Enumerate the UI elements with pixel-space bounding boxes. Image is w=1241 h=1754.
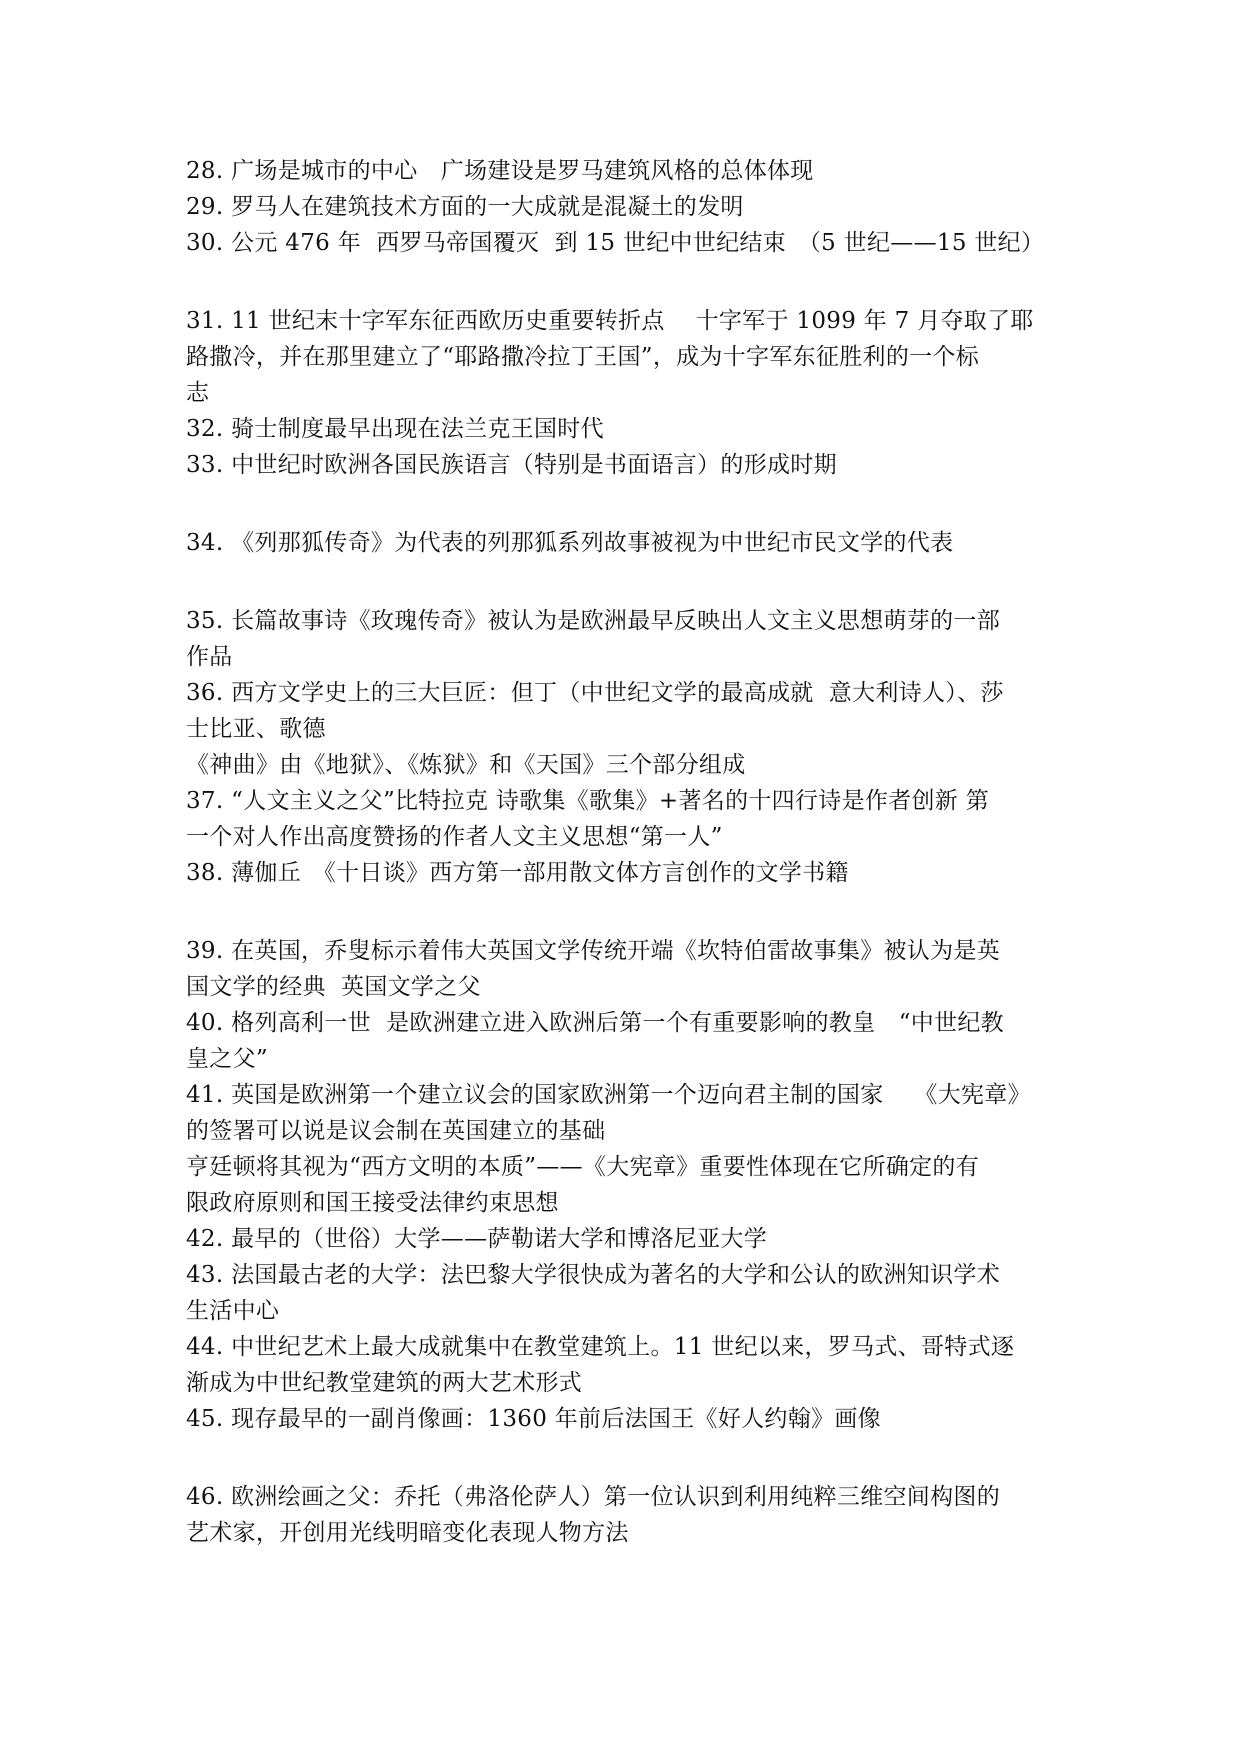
text-line: 46. 欧洲绘画之父：乔托（弗洛伦萨人）第一位认识到利用纯粹三维空间构图的 xyxy=(186,1482,1000,1512)
text-line: 艺术家，开创用光线明暗变化表现人物方法 xyxy=(186,1518,629,1548)
text-line: 32. 骑士制度最早出现在法兰克王国时代 xyxy=(186,414,604,444)
text-line: 43. 法国最古老的大学：法巴黎大学很快成为著名的大学和公认的欧洲知识学术 xyxy=(186,1260,1000,1290)
text-line: 33. 中世纪时欧洲各国民族语言（特别是书面语言）的形成时期 xyxy=(186,450,837,480)
text-line: 渐成为中世纪教堂建筑的两大艺术形式 xyxy=(186,1368,582,1398)
document-page: 28. 广场是城市的中心 广场建设是罗马建筑风格的总体体现29. 罗马人在建筑技… xyxy=(0,0,1241,1754)
text-line: 41. 英国是欧洲第一个建立议会的国家欧洲第一个迈向君主制的国家 《大宪章》 xyxy=(186,1080,1031,1110)
text-line: 的签署可以说是议会制在英国建立的基础 xyxy=(186,1116,605,1146)
text-line: 限政府原则和国王接受法律约束思想 xyxy=(186,1188,559,1218)
text-line: 42. 最早的（世俗）大学——萨勒诺大学和博洛尼亚大学 xyxy=(186,1224,767,1254)
text-line: 皇之父” xyxy=(186,1044,268,1074)
text-line: 35. 长篇故事诗《玫瑰传奇》被认为是欧洲最早反映出人文主义思想萌芽的一部 xyxy=(186,606,1000,636)
text-line: 路撒冷，并在那里建立了“耶路撒冷拉丁王国”，成为十字军东征胜利的一个标 xyxy=(186,342,979,372)
text-line: 作品 xyxy=(186,642,233,672)
text-line: 亨廷顿将其视为“西方文明的本质”——《大宪章》重要性体现在它所确定的有 xyxy=(186,1152,979,1182)
text-line: 36. 西方文学史上的三大巨匠：但丁（中世纪文学的最高成就 意大利诗人）、莎 xyxy=(186,678,1004,708)
text-line: 38. 薄伽丘 《十日谈》西方第一部用散文体方言创作的文学书籍 xyxy=(186,858,849,888)
text-line: 士比亚、歌德 xyxy=(186,714,326,744)
text-line: 30. 公元 476 年 西罗马帝国覆灭 到 15 世纪中世纪结束 （5 世纪—… xyxy=(186,228,1044,258)
text-line: 44. 中世纪艺术上最大成就集中在教堂建筑上。11 世纪以来，罗马式、哥特式逐 xyxy=(186,1332,1014,1362)
text-line: 45. 现存最早的一副肖像画：1360 年前后法国王《好人约翰》画像 xyxy=(186,1404,881,1434)
text-line: 28. 广场是城市的中心 广场建设是罗马建筑风格的总体体现 xyxy=(186,156,814,186)
text-line: 40. 格列高利一世 是欧洲建立进入欧洲后第一个有重要影响的教皇 “中世纪教 xyxy=(186,1008,1004,1038)
text-line: 志 xyxy=(186,378,209,408)
text-line: 31. 11 世纪末十字军东征西欧历史重要转折点 十字军于 1099 年 7 月… xyxy=(186,306,1034,336)
text-line: 39. 在英国，乔叟标示着伟大英国文学传统开端《坎特伯雷故事集》被认为是英 xyxy=(186,936,1000,966)
text-line: 《神曲》由《地狱》、《炼狱》和《天国》三个部分组成 xyxy=(186,750,746,780)
text-line: 34. 《列那狐传奇》为代表的列那狐系列故事被视为中世纪市民文学的代表 xyxy=(186,528,953,558)
text-line: 生活中心 xyxy=(186,1296,279,1326)
text-line: 29. 罗马人在建筑技术方面的一大成就是混凝土的发明 xyxy=(186,192,744,222)
text-line: 一个对人作出高度赞扬的作者人文主义思想“第一人” xyxy=(186,822,723,852)
text-line: 国文学的经典 英国文学之父 xyxy=(186,972,481,1002)
text-line: 37. “人文主义之父”比特拉克 诗歌集《歌集》+著名的十四行诗是作者创新 第 xyxy=(186,786,989,816)
